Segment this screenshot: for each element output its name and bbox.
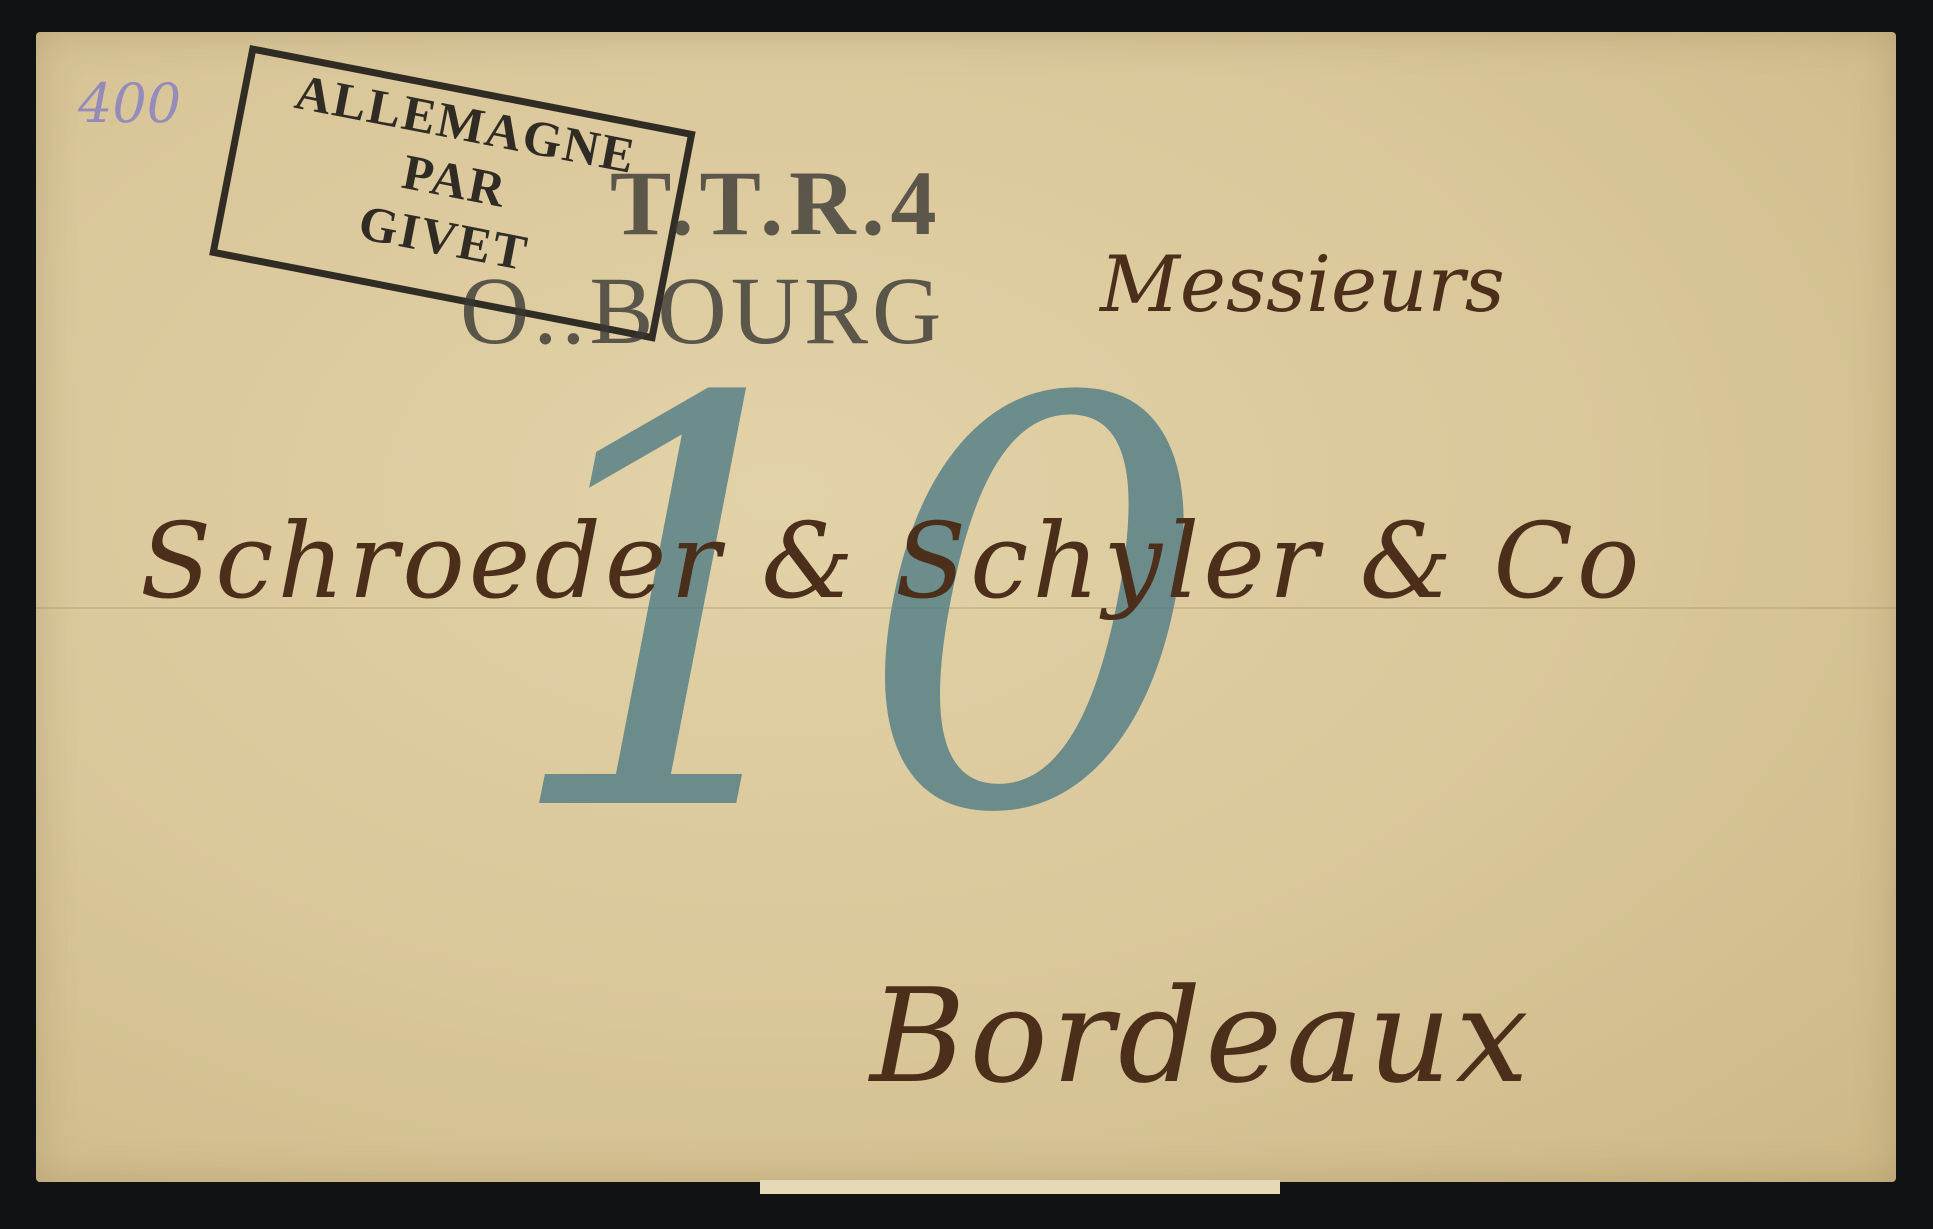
bottom-flap	[760, 1180, 1280, 1194]
destination-city: Bordeaux	[870, 960, 1533, 1112]
town-cancel-line-1: T.T.R.4	[610, 150, 943, 256]
pencil-note: 400	[78, 72, 181, 135]
addressee: Schroeder & Schyler & Co	[140, 500, 1644, 622]
salutation: Messieurs	[1100, 240, 1505, 330]
